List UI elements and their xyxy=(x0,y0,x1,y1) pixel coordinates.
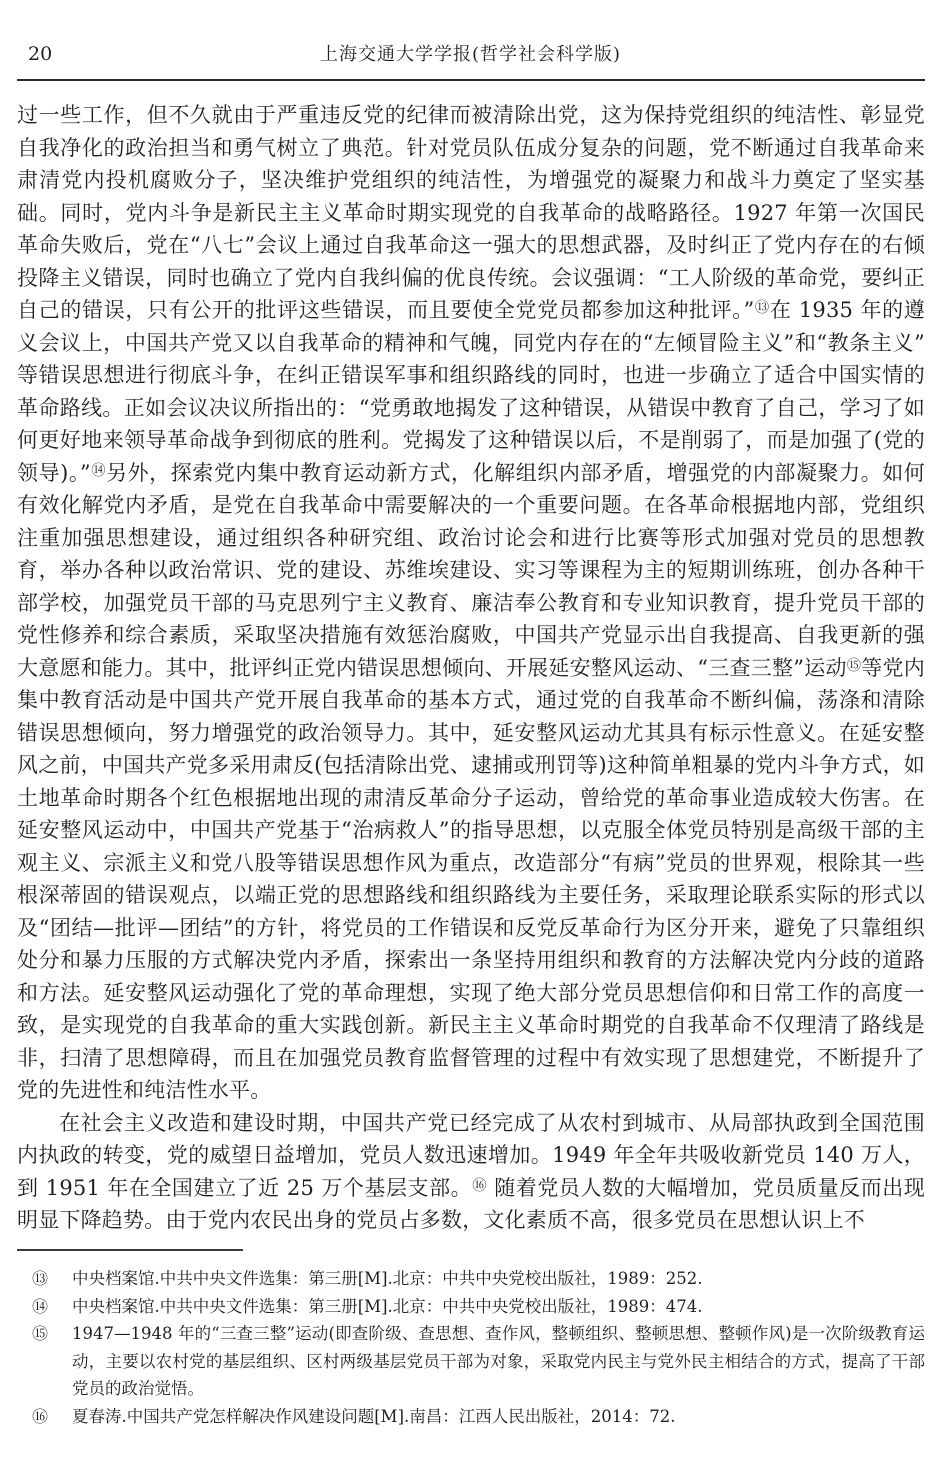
footnote-ref: ⑯ xyxy=(472,1178,487,1194)
journal-page: 20 上海交通大学学报(哲学社会科学版) 过一些工作，但不久就由于严重违反党的纪… xyxy=(0,0,941,1458)
footnote-ref: ⑭ xyxy=(91,463,106,479)
footnote-item: ⑮1947—1948 年的“三查三整”运动(即查阶级、查思想、查作风，整顿组织、… xyxy=(17,1320,925,1403)
footnote-item: ⑭中央档案馆.中共中央文件选集：第三册[M].北京：中共中央党校出版社，1989… xyxy=(17,1293,925,1321)
footnote-marker: ⑭ xyxy=(17,1293,72,1321)
footnote-ref: ⑮ xyxy=(847,658,862,674)
footnote-text: 中央档案馆.中共中央文件选集：第三册[M].北京：中共中央党校出版社，1989：… xyxy=(72,1265,925,1293)
running-head: 20 上海交通大学学报(哲学社会科学版) xyxy=(0,0,941,82)
footnote-marker: ⑮ xyxy=(17,1320,72,1348)
paragraph: 在社会主义改造和建设时期，中国共产党已经完成了从农村到城市、从局部执政到全国范围… xyxy=(17,1107,925,1237)
footnote-item: ⑬中央档案馆.中共中央文件选集：第三册[M].北京：中共中央党校出版社，1989… xyxy=(17,1265,925,1293)
footnote-ref: ⑬ xyxy=(754,300,769,316)
footnotes-section: ⑬中央档案馆.中共中央文件选集：第三册[M].北京：中共中央党校出版社，1989… xyxy=(17,1249,925,1430)
footnote-marker: ⑯ xyxy=(17,1403,72,1431)
journal-title: 上海交通大学学报(哲学社会科学版) xyxy=(0,45,941,65)
footnote-marker: ⑬ xyxy=(17,1265,72,1293)
footnote-text: 夏春涛.中国共产党怎样解决作风建设问题[M].南昌：江西人民出版社，2014：7… xyxy=(72,1403,925,1431)
footnote-item: ⑯夏春涛.中国共产党怎样解决作风建设问题[M].南昌：江西人民出版社，2014：… xyxy=(17,1403,925,1431)
footnote-separator xyxy=(17,1249,243,1251)
footnote-text: 中央档案馆.中共中央文件选集：第三册[M].北京：中共中央党校出版社，1989：… xyxy=(72,1293,925,1321)
header-rule xyxy=(17,79,925,81)
article-body: 过一些工作，但不久就由于严重违反党的纪律而被清除出党，这为保持党组织的纯洁性、彰… xyxy=(17,99,925,1237)
footnote-list: ⑬中央档案馆.中共中央文件选集：第三册[M].北京：中共中央党校出版社，1989… xyxy=(17,1265,925,1430)
paragraph: 过一些工作，但不久就由于严重违反党的纪律而被清除出党，这为保持党组织的纯洁性、彰… xyxy=(17,99,925,1107)
footnote-text: 1947—1948 年的“三查三整”运动(即查阶级、查思想、查作风，整顿组织、整… xyxy=(72,1320,925,1403)
